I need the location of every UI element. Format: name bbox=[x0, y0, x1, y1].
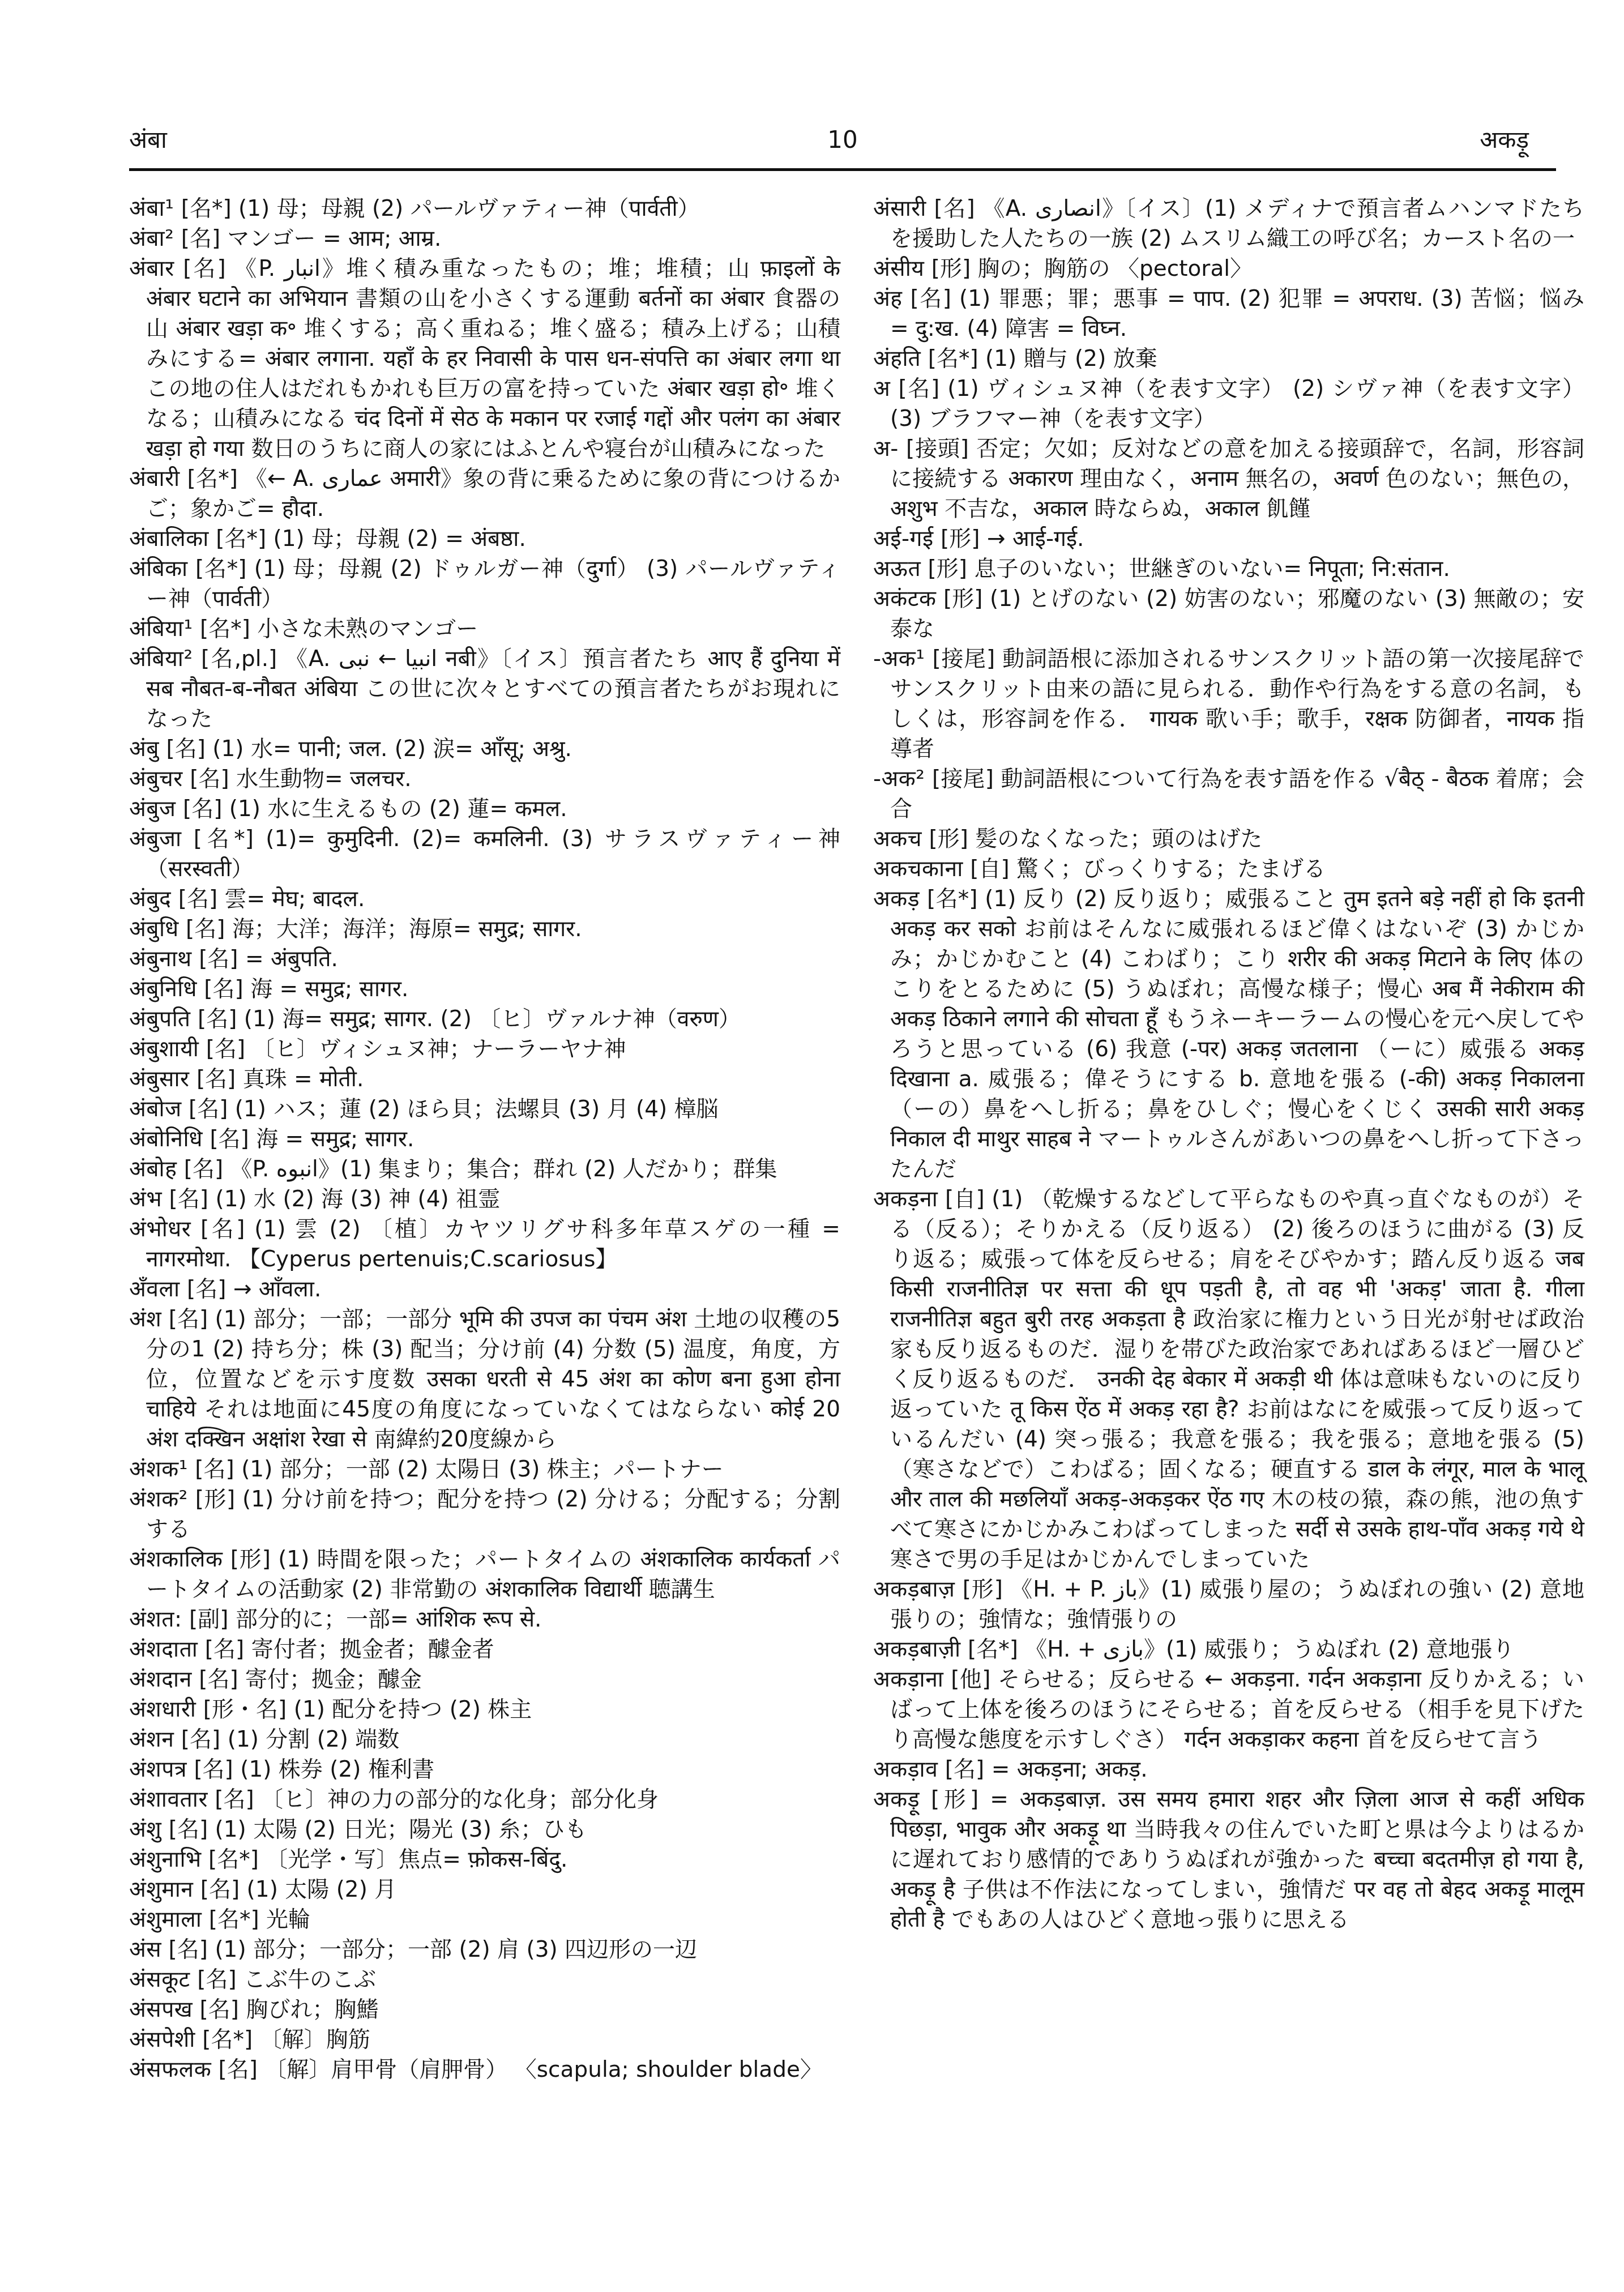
entry-definition: [名] (1) 分割 (2) 端数 bbox=[174, 1727, 399, 1752]
entry-definition: [名] (1) ヴィシュヌ神（を表す文字） (2) シヴァ神（を表す文字） (3… bbox=[890, 376, 1584, 432]
entry-definition: [他] そらせる；反らせる ← अकड़ना. गर्दन अकड़ाना 反り… bbox=[890, 1667, 1584, 1752]
dictionary-entry: अंश [名] (1) 部分；一部；一部分 भूमि की उपज का पंच… bbox=[129, 1304, 840, 1454]
entry-headword: अंबुद bbox=[129, 886, 171, 912]
entry-headword: अकड़ाना bbox=[873, 1667, 943, 1692]
entry-headword: अंसपख bbox=[129, 1997, 193, 2022]
entry-definition: [名] (1) 部分；一部分；一部 (2) 肩 (3) 四辺形の一辺 bbox=[161, 1937, 697, 1962]
entry-definition: [名] こぶ牛のこぶ bbox=[190, 1967, 376, 1992]
entry-definition: [形] (1) 時間を限った；パートタイムの अंशकालिक कार्यकर्… bbox=[146, 1547, 840, 1602]
entry-definition: [名] (1) 太陽 (2) 月 bbox=[193, 1877, 396, 1902]
entry-headword: अंशुमाला bbox=[129, 1907, 202, 1932]
page-number: 10 bbox=[827, 122, 857, 158]
entry-definition: [名] 海 = समुद्र; सागर. bbox=[197, 976, 408, 1002]
entry-headword: अंबोनिधि bbox=[129, 1126, 203, 1152]
dictionary-entry: अंबारी [名*] 《← A. عماری अमारी》象の背に乗るために象… bbox=[129, 464, 840, 524]
dictionary-entry: अंशदान [名] 寄付；拠金；醵金 bbox=[129, 1664, 840, 1695]
entry-headword: अंशधारी bbox=[129, 1697, 196, 1722]
entry-definition: [名] (1) 雲 (2) 〔植〕カヤツリグサ科多年草スゲの一種 = नागरम… bbox=[146, 1217, 840, 1272]
dictionary-entry: अंशु [名] (1) 太陽 (2) 日光；陽光 (3) 糸；ひも bbox=[129, 1815, 840, 1845]
dictionary-entry: -अक¹ [接尾] 動詞語根に添加されるサンスクリット語の第一次接尾辞でサンスク… bbox=[873, 644, 1584, 764]
entry-headword: अंबा² bbox=[129, 226, 174, 251]
guide-word-left: अंबा bbox=[129, 122, 167, 158]
entry-headword: अंशकालिक bbox=[129, 1547, 223, 1572]
dictionary-columns: अंबा¹ [名*] (1) 母；母親 (2) パールヴァティー神（पार्वत… bbox=[129, 194, 1584, 2085]
entry-headword: अंबोह bbox=[129, 1156, 177, 1182]
dictionary-entry: अंबुनाथ [名] = अंबुपति. bbox=[129, 944, 840, 974]
dictionary-entry: अकड़बाज़ी [名*] 《H. + بازی》(1) 威張り；うぬぼれ (… bbox=[873, 1634, 1584, 1664]
dictionary-entry: अंहति [名*] (1) 贈与 (2) 放棄 bbox=[873, 344, 1584, 374]
dictionary-entry: अंभोधर [名] (1) 雲 (2) 〔植〕カヤツリグサ科多年草スゲの一種 … bbox=[129, 1214, 840, 1274]
entry-definition: [形] 《H. + P. باز》(1) 威張り屋の；うぬぼれの強い (2) 意… bbox=[890, 1577, 1584, 1632]
entry-headword: अंशुनाभि bbox=[129, 1847, 202, 1872]
entry-headword: अंबुसार bbox=[129, 1066, 189, 1092]
entry-headword: अंश bbox=[129, 1307, 161, 1332]
entry-headword: अकड़बाज़ी bbox=[873, 1637, 961, 1662]
entry-headword: -अक² bbox=[873, 766, 925, 792]
dictionary-entry: अंसपेशी [名*] 〔解〕胸筋 bbox=[129, 2025, 840, 2055]
entry-definition: [名] マンゴー = आम; आम्र. bbox=[174, 226, 441, 251]
entry-headword: अंशपत्र bbox=[129, 1757, 187, 1782]
entry-definition: [形] → आई-गई. bbox=[934, 526, 1084, 552]
column-left: अंबा¹ [名*] (1) 母；母親 (2) パールヴァティー神（पार्वत… bbox=[129, 194, 840, 2085]
dictionary-entry: अंबिया² [名,pl.] 《A. انبيا ← نبی नबी》〔イス〕… bbox=[129, 644, 840, 734]
entry-definition: [名] = अंबुपति. bbox=[192, 946, 338, 972]
entry-definition: [名] 《P. انبوه》(1) 集まり；集合；群れ (2) 人だかり；群集 bbox=[177, 1156, 777, 1182]
entry-definition: [名*] (1) 母；母親 (2) ドゥルガー神（दुर्गा） (3) パール… bbox=[146, 556, 840, 612]
dictionary-entry: अकड़ू [形] = अकड़बाज़. उस समय हमारा शहर औ… bbox=[873, 1785, 1584, 1935]
entry-definition: [名] 《A. انصاری》〔イス〕(1) メディナで預言者ムハンマドたちを援… bbox=[890, 196, 1584, 251]
entry-headword: अंशदान bbox=[129, 1667, 192, 1692]
entry-definition: [名] (1) 株券 (2) 権利書 bbox=[187, 1757, 434, 1782]
guide-word-right: अकड़ू bbox=[1480, 122, 1529, 158]
dictionary-entry: अंबालिका [名*] (1) 母；母親 (2) = अंबष्ठा. bbox=[129, 524, 840, 554]
header-rule bbox=[129, 168, 1556, 171]
entry-definition: [副] 部分的に；一部= आंशिक रूप से. bbox=[182, 1607, 542, 1632]
entry-headword: अंबुनिधि bbox=[129, 976, 197, 1002]
entry-headword: अंबा¹ bbox=[129, 196, 174, 221]
page-header: अंबा 10 अकड़ू bbox=[129, 122, 1556, 158]
dictionary-entry: अंबुशायी [名] 〔ヒ〕ヴィシュヌ神；ナーラーヤナ神 bbox=[129, 1034, 840, 1064]
entry-headword: अंशक¹ bbox=[129, 1457, 188, 1482]
entry-headword: अंबु bbox=[129, 736, 159, 762]
dictionary-entry: अंशक² [形] (1) 分け前を持つ；配分を持つ (2) 分ける；分配する；… bbox=[129, 1484, 840, 1544]
entry-headword: अ- bbox=[873, 436, 899, 462]
entry-definition: [名*] (1) 母；母親 (2) = अंबष्ठा. bbox=[209, 526, 526, 552]
dictionary-entry: अंबोज [名] (1) ハス；蓮 (2) ほら貝；法螺貝 (3) 月 (4)… bbox=[129, 1094, 840, 1124]
entry-headword: अकचकाना bbox=[873, 856, 963, 882]
entry-definition: [形] (1) とげのない (2) 妨害のない；邪魔のない (3) 無敵の；安泰… bbox=[890, 586, 1584, 642]
entry-headword: अंशत: bbox=[129, 1607, 182, 1632]
entry-definition: [名] 〔ヒ〕神の力の部分的な化身；部分化身 bbox=[208, 1787, 659, 1812]
entry-definition: [形] (1) 分け前を持つ；配分を持つ (2) 分ける；分配する；分割する bbox=[146, 1487, 840, 1542]
entry-definition: [自] 驚く；びっくりする；たまげる bbox=[963, 856, 1326, 882]
entry-definition: [名] 胸びれ；胸鰭 bbox=[193, 1997, 378, 2022]
dictionary-entry: अंबुचर [名] 水生動物= जलचर. bbox=[129, 764, 840, 794]
dictionary-entry: अंशुनाभि [名*] 〔光学・写〕焦点= फ़ोकस-बिंदु. bbox=[129, 1845, 840, 1875]
dictionary-entry: अकच [形] 髪のなくなった；頭のはげた bbox=[873, 824, 1584, 854]
entry-headword: अंबुजा bbox=[129, 826, 182, 852]
entry-headword: अंसकूट bbox=[129, 1967, 190, 1992]
entry-definition: [名] (1) 太陽 (2) 日光；陽光 (3) 糸；ひも bbox=[161, 1817, 587, 1842]
entry-definition: [形] = अकड़बाज़. उस समय हमारा शहर और ज़िल… bbox=[890, 1787, 1584, 1932]
entry-headword: अंभोधर bbox=[129, 1217, 191, 1242]
entry-definition: [名] 雲= मेघ; बादल. bbox=[171, 886, 365, 912]
entry-headword: अकंटक bbox=[873, 586, 936, 612]
dictionary-entry: अंबुसार [名] 真珠 = मोती. bbox=[129, 1064, 840, 1094]
entry-headword: अकड़ bbox=[873, 886, 920, 912]
entry-definition: [名] (1) 海= समुद्र; सागर. (2) 〔ヒ〕ヴァルナ神（वर… bbox=[191, 1006, 741, 1032]
dictionary-entry: अंशावतार [名] 〔ヒ〕神の力の部分的な化身；部分化身 bbox=[129, 1785, 840, 1815]
dictionary-entry: अंशकालिक [形] (1) 時間を限った；パートタイムの अंशकालिक… bbox=[129, 1544, 840, 1604]
entry-headword: अंसपेशी bbox=[129, 2027, 195, 2052]
entry-definition: [名] 真珠 = मोती. bbox=[189, 1066, 364, 1092]
entry-definition: [名] 水生動物= जलचर. bbox=[183, 766, 412, 792]
entry-definition: [名] (1) 部分；一部 (2) 太陽日 (3) 株主；パートナー bbox=[188, 1457, 724, 1482]
entry-definition: [形] 髪のなくなった；頭のはげた bbox=[922, 826, 1262, 852]
dictionary-entry: अंसारी [名] 《A. انصاری》〔イス〕(1) メディナで預言者ムハ… bbox=[873, 194, 1584, 254]
dictionary-entry: अकड़बाज़ [形] 《H. + P. باز》(1) 威張り屋の；うぬぼれ… bbox=[873, 1574, 1584, 1634]
entry-definition: [形] 息子のいない；世継ぎのいない= निपूता; नि:संतान. bbox=[921, 556, 1450, 582]
dictionary-entry: अ [名] (1) ヴィシュヌ神（を表す文字） (2) シヴァ神（を表す文字） … bbox=[873, 374, 1584, 434]
dictionary-entry: अंभ [名] (1) 水 (2) 海 (3) 神 (4) 祖霊 bbox=[129, 1184, 840, 1214]
dictionary-entry: अंबुजा [名*] (1)= कुमुदिनी. (2)= कमलिनी. … bbox=[129, 824, 840, 884]
entry-headword: अऊत bbox=[873, 556, 921, 582]
entry-headword: अंबिका bbox=[129, 556, 188, 582]
entry-definition: [接尾] 動詞語根について行為を表す語を作る √बैठ् - बैठक 着席；会… bbox=[890, 766, 1584, 822]
entry-headword: अंशक² bbox=[129, 1487, 188, 1512]
dictionary-entry: अंशक¹ [名] (1) 部分；一部 (2) 太陽日 (3) 株主；パートナー bbox=[129, 1454, 840, 1484]
dictionary-entry: अंशत: [副] 部分的に；一部= आंशिक रूप से. bbox=[129, 1604, 840, 1634]
dictionary-entry: अंशपत्र [名] (1) 株券 (2) 権利書 bbox=[129, 1755, 840, 1785]
entry-headword: अंबिया¹ bbox=[129, 616, 193, 642]
dictionary-entry: अंबुपति [名] (1) 海= समुद्र; सागर. (2) 〔ヒ〕… bbox=[129, 1004, 840, 1034]
entry-definition: [名*] 〔光学・写〕焦点= फ़ोकस-बिंदु. bbox=[202, 1847, 568, 1872]
entry-headword: अंशु bbox=[129, 1817, 161, 1842]
entry-definition: [名] 《P. انبار》堆く積み重なったもの；堆；堆積；山 फ़ाइलों … bbox=[146, 256, 840, 462]
entry-headword: अंशुमान bbox=[129, 1877, 193, 1902]
entry-headword: अंशन bbox=[129, 1727, 174, 1752]
dictionary-entry: अकचकाना [自] 驚く；びっくりする；たまげる bbox=[873, 854, 1584, 884]
entry-definition: [名] = अकड़ना; अकड़. bbox=[938, 1757, 1147, 1782]
dictionary-entry: अंबिया¹ [名*] 小さな未熟のマンゴー bbox=[129, 614, 840, 644]
dictionary-entry: अंबार [名] 《P. انبار》堆く積み重なったもの；堆；堆積；山 फ़… bbox=[129, 254, 840, 464]
dictionary-entry: अई-गई [形] → आई-गई. bbox=[873, 524, 1584, 554]
entry-headword: अंबालिका bbox=[129, 526, 209, 552]
entry-definition: [形・名] (1) 配分を持つ (2) 株主 bbox=[196, 1697, 532, 1722]
entry-definition: [名*] (1) 反り (2) 反り返り；威張ること तुम इतने बड़े… bbox=[890, 886, 1584, 1182]
dictionary-entry: अंशधारी [形・名] (1) 配分を持つ (2) 株主 bbox=[129, 1695, 840, 1725]
entry-definition: [名] 〔ヒ〕ヴィシュヌ神；ナーラーヤナ神 bbox=[199, 1036, 626, 1062]
dictionary-entry: अकड़ना [自] (1) （乾燥するなどして平らなものや真っ直ぐなものが）そ… bbox=[873, 1184, 1584, 1574]
entry-headword: अंबारी bbox=[129, 466, 180, 492]
entry-headword: अ bbox=[873, 376, 890, 402]
entry-headword: अई-गई bbox=[873, 526, 934, 552]
entry-headword: अंसारी bbox=[873, 196, 926, 221]
entry-definition: [自] (1) （乾燥するなどして平らなものや真っ直ぐなものが）そる（反る）；そ… bbox=[890, 1186, 1584, 1572]
entry-definition: [名] 寄付者；拠金者；醵金者 bbox=[198, 1637, 494, 1662]
entry-definition: [名] (1) 水に生えるもの (2) 蓮= कमल. bbox=[176, 796, 567, 822]
entry-headword: अंबुधि bbox=[129, 916, 179, 942]
entry-definition: [名] 寄付；拠金；醵金 bbox=[192, 1667, 422, 1692]
entry-definition: [名*] (1) 母；母親 (2) パールヴァティー神（पार्वती） bbox=[174, 196, 699, 221]
entry-headword: -अक¹ bbox=[873, 646, 925, 672]
dictionary-entry: अंबा¹ [名*] (1) 母；母親 (2) パールヴァティー神（पार्वत… bbox=[129, 194, 840, 224]
entry-headword: अकड़ना bbox=[873, 1186, 938, 1212]
dictionary-entry: अंबुनिधि [名] 海 = समुद्र; सागर. bbox=[129, 974, 840, 1004]
entry-definition: [名] 〔解〕肩甲骨（肩胛骨） 〈scapula; shoulder blade… bbox=[211, 2057, 822, 2082]
dictionary-entry: अकंटक [形] (1) とげのない (2) 妨害のない；邪魔のない (3) … bbox=[873, 584, 1584, 644]
dictionary-entry: अंबुधि [名] 海；大洋；海洋；海原= समुद्र; सागर. bbox=[129, 914, 840, 944]
entry-definition: [名] (1) ハス；蓮 (2) ほら貝；法螺貝 (3) 月 (4) 樟脳 bbox=[182, 1096, 719, 1122]
column-right: अंसारी [名] 《A. انصاری》〔イス〕(1) メディナで預言者ムハ… bbox=[873, 194, 1584, 2085]
entry-definition: [名*] 小さな未熟のマンゴー bbox=[193, 616, 478, 642]
entry-headword: अंहति bbox=[873, 346, 921, 372]
dictionary-entry: अंबोनिधि [名] 海 = समुद्र; सागर. bbox=[129, 1124, 840, 1154]
entry-definition: [名,pl.] 《A. انبيا ← نبی नबी》〔イス〕預言者たち आए… bbox=[146, 646, 840, 732]
entry-definition: [形] 胸の；胸筋の 〈pectoral〉 bbox=[924, 256, 1252, 281]
entry-headword: अकड़ाव bbox=[873, 1757, 938, 1782]
entry-definition: [名] → आँवला. bbox=[180, 1277, 322, 1302]
dictionary-entry: अंबा² [名] マンゴー = आम; आम्र. bbox=[129, 224, 840, 254]
entry-headword: अकड़बाज़ bbox=[873, 1577, 955, 1602]
dictionary-entry: -अक² [接尾] 動詞語根について行為を表す語を作る √बैठ् - बैठक… bbox=[873, 764, 1584, 824]
dictionary-entry: अंबु [名] (1) 水= पानी; जल. (2) 涙= आँसू; अ… bbox=[129, 734, 840, 764]
dictionary-entry: अंसकूट [名] こぶ牛のこぶ bbox=[129, 1965, 840, 1995]
entry-definition: [名*] 光輪 bbox=[202, 1907, 310, 1932]
entry-definition: [名] (1) 部分；一部；一部分 भूमि की उपज का पंचम अं… bbox=[146, 1307, 840, 1452]
entry-definition: [名*] (1)= कुमुदिनी. (2)= कमलिनी. (3) サラス… bbox=[146, 826, 840, 882]
dictionary-entry: अँवला [名] → आँवला. bbox=[129, 1274, 840, 1304]
dictionary-entry: अंह [名] (1) 罪悪；罪；悪事 = पाप. (2) 犯罪 = अपरा… bbox=[873, 284, 1584, 344]
entry-headword: अंशदाता bbox=[129, 1637, 198, 1662]
entry-headword: अंभ bbox=[129, 1186, 162, 1212]
entry-headword: अकच bbox=[873, 826, 922, 852]
dictionary-entry: अंस [名] (1) 部分；一部分；一部 (2) 肩 (3) 四辺形の一辺 bbox=[129, 1935, 840, 1965]
dictionary-entry: अंसीय [形] 胸の；胸筋の 〈pectoral〉 bbox=[873, 254, 1584, 284]
dictionary-entry: अंसपख [名] 胸びれ；胸鰭 bbox=[129, 1995, 840, 2025]
entry-headword: अकड़ू bbox=[873, 1787, 920, 1812]
entry-definition: [名] (1) 水 (2) 海 (3) 神 (4) 祖霊 bbox=[162, 1186, 500, 1212]
entry-definition: [接頭] 否定；欠如；反対などの意を加える接頭辞で，名詞，形容詞に接続する अक… bbox=[890, 436, 1584, 522]
entry-definition: [名*] (1) 贈与 (2) 放棄 bbox=[921, 346, 1157, 372]
dictionary-entry: अंशुमाला [名*] 光輪 bbox=[129, 1905, 840, 1935]
entry-definition: [名] (1) 罪悪；罪；悪事 = पाप. (2) 犯罪 = अपराध. (… bbox=[890, 286, 1584, 342]
dictionary-entry: अंबिका [名*] (1) 母；母親 (2) ドゥルガー神（दुर्गा） … bbox=[129, 554, 840, 614]
entry-definition: [名*] 《← A. عماری अमारी》象の背に乗るために象の背につけるか… bbox=[146, 466, 840, 522]
dictionary-page: अंबा 10 अकड़ू अंबा¹ [名*] (1) 母；母親 (2) パー… bbox=[0, 0, 1624, 2292]
dictionary-entry: अंशुमान [名] (1) 太陽 (2) 月 bbox=[129, 1875, 840, 1905]
entry-headword: अंबोज bbox=[129, 1096, 182, 1122]
dictionary-entry: अकड़ाना [他] そらせる；反らせる ← अकड़ना. गर्दन अक… bbox=[873, 1664, 1584, 1755]
dictionary-entry: अंशन [名] (1) 分割 (2) 端数 bbox=[129, 1725, 840, 1755]
dictionary-entry: अंबोह [名] 《P. انبوه》(1) 集まり；集合；群れ (2) 人だ… bbox=[129, 1154, 840, 1184]
entry-definition: [名*] 〔解〕胸筋 bbox=[195, 2027, 370, 2052]
entry-headword: अंबार bbox=[129, 256, 174, 281]
entry-headword: अंस bbox=[129, 1937, 161, 1962]
entry-headword: अंबुपति bbox=[129, 1006, 191, 1032]
entry-headword: अंबुनाथ bbox=[129, 946, 192, 972]
entry-headword: अंबिया² bbox=[129, 646, 193, 672]
entry-headword: अंबुज bbox=[129, 796, 176, 822]
entry-definition: [接尾] 動詞語根に添加されるサンスクリット語の第一次接尾辞でサンスクリット由来… bbox=[890, 646, 1584, 762]
entry-headword: अंह bbox=[873, 286, 903, 311]
entry-headword: अँवला bbox=[129, 1277, 180, 1302]
entry-headword: अंसीय bbox=[873, 256, 924, 281]
dictionary-entry: अ- [接頭] 否定；欠如；反対などの意を加える接頭辞で，名詞，形容詞に接続する… bbox=[873, 434, 1584, 524]
entry-definition: [名*] 《H. + بازی》(1) 威張り；うぬぼれ (2) 意地張り bbox=[961, 1637, 1515, 1662]
entry-definition: [名] 海；大洋；海洋；海原= समुद्र; सागर. bbox=[179, 916, 582, 942]
dictionary-entry: अंबुज [名] (1) 水に生えるもの (2) 蓮= कमल. bbox=[129, 794, 840, 824]
entry-definition: [名] (1) 水= पानी; जल. (2) 涙= आँसू; अश्रु. bbox=[159, 736, 572, 762]
entry-headword: अंशावतार bbox=[129, 1787, 208, 1812]
entry-headword: अंबुचर bbox=[129, 766, 183, 792]
entry-definition: [名] 海 = समुद्र; सागर. bbox=[203, 1126, 414, 1152]
dictionary-entry: अऊत [形] 息子のいない；世継ぎのいない= निपूता; नि:संतान… bbox=[873, 554, 1584, 584]
entry-headword: अंबुशायी bbox=[129, 1036, 199, 1062]
dictionary-entry: अकड़ाव [名] = अकड़ना; अकड़. bbox=[873, 1755, 1584, 1785]
entry-headword: अंसफलक bbox=[129, 2057, 211, 2082]
dictionary-entry: अंबुद [名] 雲= मेघ; बादल. bbox=[129, 884, 840, 914]
dictionary-entry: अकड़ [名*] (1) 反り (2) 反り返り；威張ること तुम इतने… bbox=[873, 884, 1584, 1184]
dictionary-entry: अंसफलक [名] 〔解〕肩甲骨（肩胛骨） 〈scapula; shoulde… bbox=[129, 2055, 840, 2085]
dictionary-entry: अंशदाता [名] 寄付者；拠金者；醵金者 bbox=[129, 1634, 840, 1664]
